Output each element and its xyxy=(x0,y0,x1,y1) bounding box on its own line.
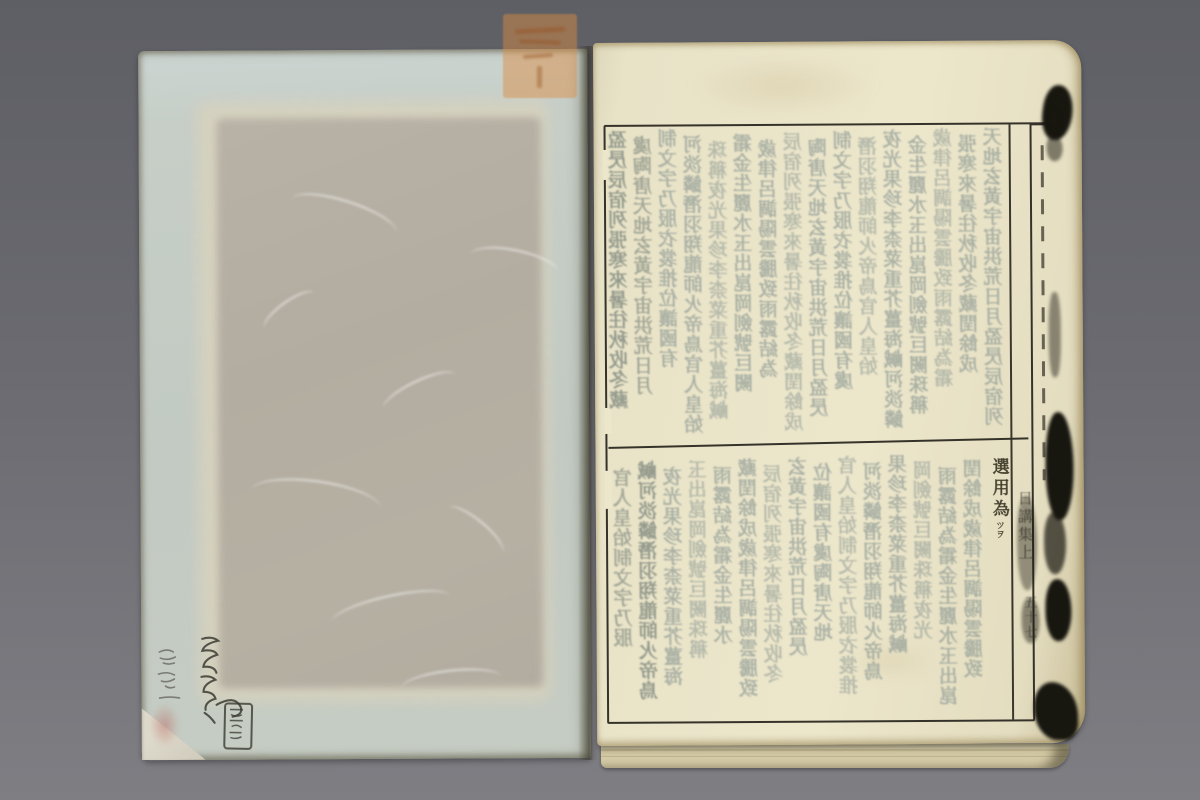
ink-smudge xyxy=(1049,292,1062,377)
bleedthrough-column: 辰宿列張寒來暑往秋收冬 xyxy=(762,455,789,716)
red-seal-trace xyxy=(150,703,180,747)
bleedthrough-column: 珠稱夜光果珍李柰菜重芥薑海鹹 xyxy=(707,128,734,442)
ink-smudge xyxy=(1047,135,1063,161)
fold-dashed-border xyxy=(1041,145,1046,480)
bleedthrough-column: 天地玄黃宇宙洪荒日月盈昃辰宿列 xyxy=(982,126,1009,440)
ink-smudge xyxy=(1046,109,1060,129)
left-page xyxy=(138,49,591,760)
bleedthrough-column: 歲律呂調陽雲騰致雨露結為 xyxy=(757,128,784,442)
collector-seal-stamp xyxy=(223,702,253,750)
bleedthrough-column: 盈昃辰宿列張寒來暑往秋收冬藏 xyxy=(607,129,634,443)
bleedthrough-column: 雨露結為霜金生麗水玉出崑 xyxy=(937,454,964,715)
bleedthrough-column: 官人皇始制文字乃服 xyxy=(612,456,639,717)
ink-smudge xyxy=(1045,412,1074,520)
paper-stain xyxy=(688,55,878,116)
gloss-okurigana-1: ツ xyxy=(994,520,1004,529)
bleedthrough-text-lower: 閏餘成歲律呂調陽雲騰致雨露結為霜金生麗水玉出崑岡劍號巨闕珠稱夜光果珍李柰菜重芥薑… xyxy=(609,454,989,717)
bleedthrough-column: 夜光果珍李柰菜重芥薑海鹹河淡鱗 xyxy=(882,127,909,441)
bleedthrough-column: 玄黃宇宙洪荒日月盈昃 xyxy=(787,455,814,716)
bleedthrough-column: 官人皇始制文字乃服衣裳推 xyxy=(837,454,864,715)
page-block-edges xyxy=(601,744,1069,768)
orange-label-sticker xyxy=(503,14,577,98)
bleedthrough-column: 玉出崑岡劍號巨闕珠稱 xyxy=(687,455,714,716)
photo-of-open-book: 天地玄黃宇宙洪荒日月盈昃辰宿列張寒來暑往秋收冬藏閏餘成歲律呂調陽雲騰致雨露結為霜… xyxy=(0,0,1200,800)
gloss-main: 選用為 xyxy=(989,457,1009,520)
bleedthrough-column: 霜金生麗水玉出崑岡劍號巨闕 xyxy=(732,128,759,442)
bleedthrough-column: 張寒來暑往秋收冬藏閏餘成 xyxy=(957,127,984,441)
bleedthrough-column: 辰宿列張寒來暑往秋收冬藏閏餘成 xyxy=(782,128,809,442)
bleedthrough-column: 陶唐天地玄黃宇宙洪荒日月盈昃 xyxy=(807,128,834,442)
bleedthrough-column: 雨露結為霜金生麗水 xyxy=(712,455,739,716)
bleedthrough-column: 潛羽翔龍師火帝鳥官人皇始 xyxy=(857,127,884,441)
bleedthrough-column: 夜光果珍李柰菜重芥薑海 xyxy=(662,455,689,716)
bleedthrough-column: 歲律呂調陽雲騰致雨露結為霜 xyxy=(932,127,959,441)
bleedthrough-column: 制文字乃服衣裳推位讓國有 xyxy=(657,128,684,442)
bleedthrough-column: 位讓國有虞陶唐天地 xyxy=(812,455,839,716)
bleedthrough-column: 藏閏餘成歲律呂調陽雲騰致 xyxy=(737,455,764,716)
bleedthrough-column: 閏餘成歲律呂調陽雲騰致 xyxy=(962,454,989,715)
label-marking xyxy=(523,53,553,59)
ink-smudge xyxy=(1044,512,1066,574)
seal-glyphs xyxy=(225,704,247,743)
label-marking xyxy=(515,27,565,35)
bleedthrough-column: 岡劍號巨闕珠稱夜光 xyxy=(912,454,939,715)
bleedthrough-column: 河淡鱗潛羽翔龍師火帝鳥官人皇始 xyxy=(682,128,709,442)
bleedthrough-column: 虞陶唐天地玄黃宇宙洪荒日月 xyxy=(632,129,659,443)
right-page: 天地玄黃宇宙洪荒日月盈昃辰宿列張寒來暑往秋收冬藏閏餘成歲律呂調陽雲騰致雨露結為霜… xyxy=(593,40,1085,746)
bleedthrough-column: 河淡鱗潛羽翔龍師火帝鳥 xyxy=(862,454,889,715)
gloss-okurigana-2: ヲ xyxy=(994,529,1004,538)
bleedthrough-column: 金生麗水玉出崑岡劍號巨闕珠稱 xyxy=(907,127,934,441)
ink-smudge-corner xyxy=(1034,682,1078,740)
bleedthrough-column: 制文字乃服衣裳推位讓國有虞 xyxy=(832,127,859,441)
bleedthrough-column: 鹹河淡鱗潛羽翔龍師火帝鳥 xyxy=(637,456,664,717)
ink-smudge xyxy=(1045,579,1071,641)
bleedthrough-text-upper: 天地玄黃宇宙洪荒日月盈昃辰宿列張寒來暑往秋收冬藏閏餘成歲律呂調陽雲騰致雨露結為霜… xyxy=(607,126,1009,442)
ink-smudge-over-folio xyxy=(1021,597,1039,643)
label-marking xyxy=(519,39,561,44)
bleedthrough-column: 果珍李柰菜重芥薑海鹹 xyxy=(887,454,914,715)
label-marking xyxy=(537,66,542,88)
margin-gloss-text: 選用為ツヲ xyxy=(987,457,1013,577)
